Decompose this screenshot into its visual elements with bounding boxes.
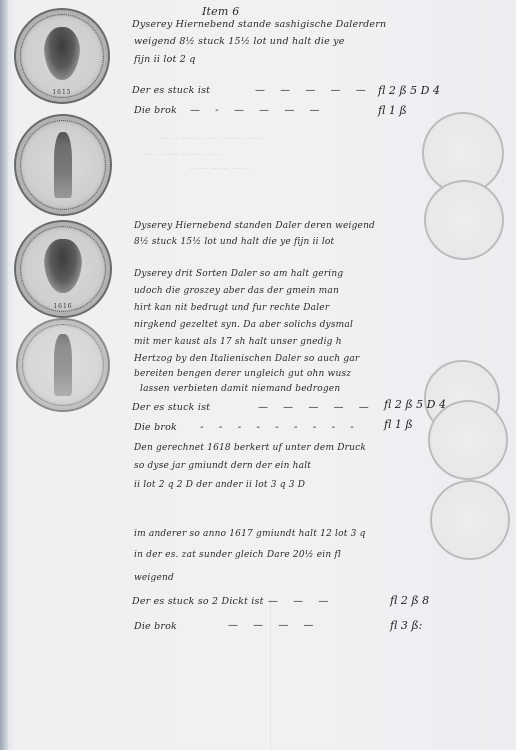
text-line: so dyse jar gmiundt dern der ein halt (134, 462, 311, 471)
faint-coin-outline-4 (428, 400, 508, 480)
bust-portrait-icon (44, 239, 82, 294)
total-label: Der es stuck so 2 Dickt ist (132, 597, 264, 607)
text-line: fijn ii lot 2 q (134, 55, 195, 65)
coin-rubbing-4 (16, 318, 110, 412)
coin-rubbing-1: 1615 (14, 8, 110, 104)
coin-date: 1615 (16, 89, 108, 96)
standing-figure-icon (54, 132, 73, 199)
text-line: 8½ stuck 15½ lot und halt die ye fijn ii… (134, 238, 334, 247)
total-amount: fl 1 ß (378, 104, 407, 117)
total-label: Die brok (134, 423, 177, 433)
text-line: Dyserey drit Sorten Daler so am halt ger… (134, 270, 343, 279)
bleed-through-text: …… …… …… …… …… (160, 132, 261, 142)
text-line: Dyserey Hiernebend stande sashigische Da… (132, 20, 386, 30)
total-label: Die brok (134, 106, 177, 116)
text-line: im anderer so anno 1617 gmiundt halt 12 … (134, 530, 366, 539)
text-line: mit mer kaust als 17 sh halt unser gnedi… (134, 338, 342, 347)
coin-rubbing-3: 1616 (14, 220, 112, 318)
leader-dashes: — — — — — (258, 402, 375, 413)
text-line: ii lot 2 q 2 D der ander ii lot 3 q 3 D (134, 481, 305, 490)
coin-rubbing-2 (14, 114, 112, 216)
manuscript-page: 1615 1616 Item 6 Dyserey Hiernebend stan… (0, 0, 516, 750)
faint-coin-outline-2 (424, 180, 504, 260)
leader-dashes: — — — (268, 596, 334, 607)
total-label: Die brok (134, 622, 177, 632)
text-line: udoch die groszey aber das der gmein man (134, 287, 339, 296)
total-amount: fl 2 ß 5 D 4 (384, 398, 446, 411)
total-label: Der es stuck ist (132, 86, 210, 96)
leader-dashes: — — — — (228, 620, 320, 631)
total-amount: fl 1 ß (384, 418, 413, 431)
faint-coin-outline-5 (430, 480, 510, 560)
text-line: Dyserey Hiernebend standen Daler deren w… (134, 222, 375, 231)
text-line: weigend (134, 574, 174, 583)
text-line: lassen verbieten damit niemand bedrogen (140, 385, 340, 394)
text-line: bereiten bengen derer ungleich gut ohn w… (134, 370, 351, 379)
total-amount: fl 3 ß: (390, 619, 422, 632)
text-line: nirgkend gezeltet syn. Da aber solichs d… (134, 321, 353, 330)
text-line: hirt kan nit bedrugt und fur rechte Dale… (134, 304, 329, 313)
leader-dashes: — — — — — (255, 85, 372, 96)
leader-dashes: — - — — — — (190, 105, 326, 116)
coin-date: 1616 (16, 303, 110, 310)
standing-figure-icon (54, 334, 72, 395)
leader-dashes: - - - - - - - - - (200, 422, 360, 433)
bleed-through-text: …… …… …… …… (140, 148, 221, 158)
text-line: Den gerechnet 1618 berkert uf unter dem … (134, 444, 366, 453)
bust-portrait-icon (44, 27, 81, 80)
total-label: Der es stuck ist (132, 403, 210, 413)
text-line: weigend 8½ stuck 15½ lot und halt die ye (134, 37, 345, 47)
bleed-through-text: …… …… …… (190, 162, 250, 172)
page-binding-edge (0, 0, 8, 750)
text-line: in der es. zat sunder gleich Dare 20½ ei… (134, 551, 341, 560)
total-amount: fl 2 ß 8 (390, 594, 429, 607)
section-heading: Item 6 (202, 6, 239, 17)
text-line: Hertzog by den Italienischen Daler so au… (134, 355, 359, 364)
total-amount: fl 2 ß 5 D 4 (378, 84, 440, 97)
